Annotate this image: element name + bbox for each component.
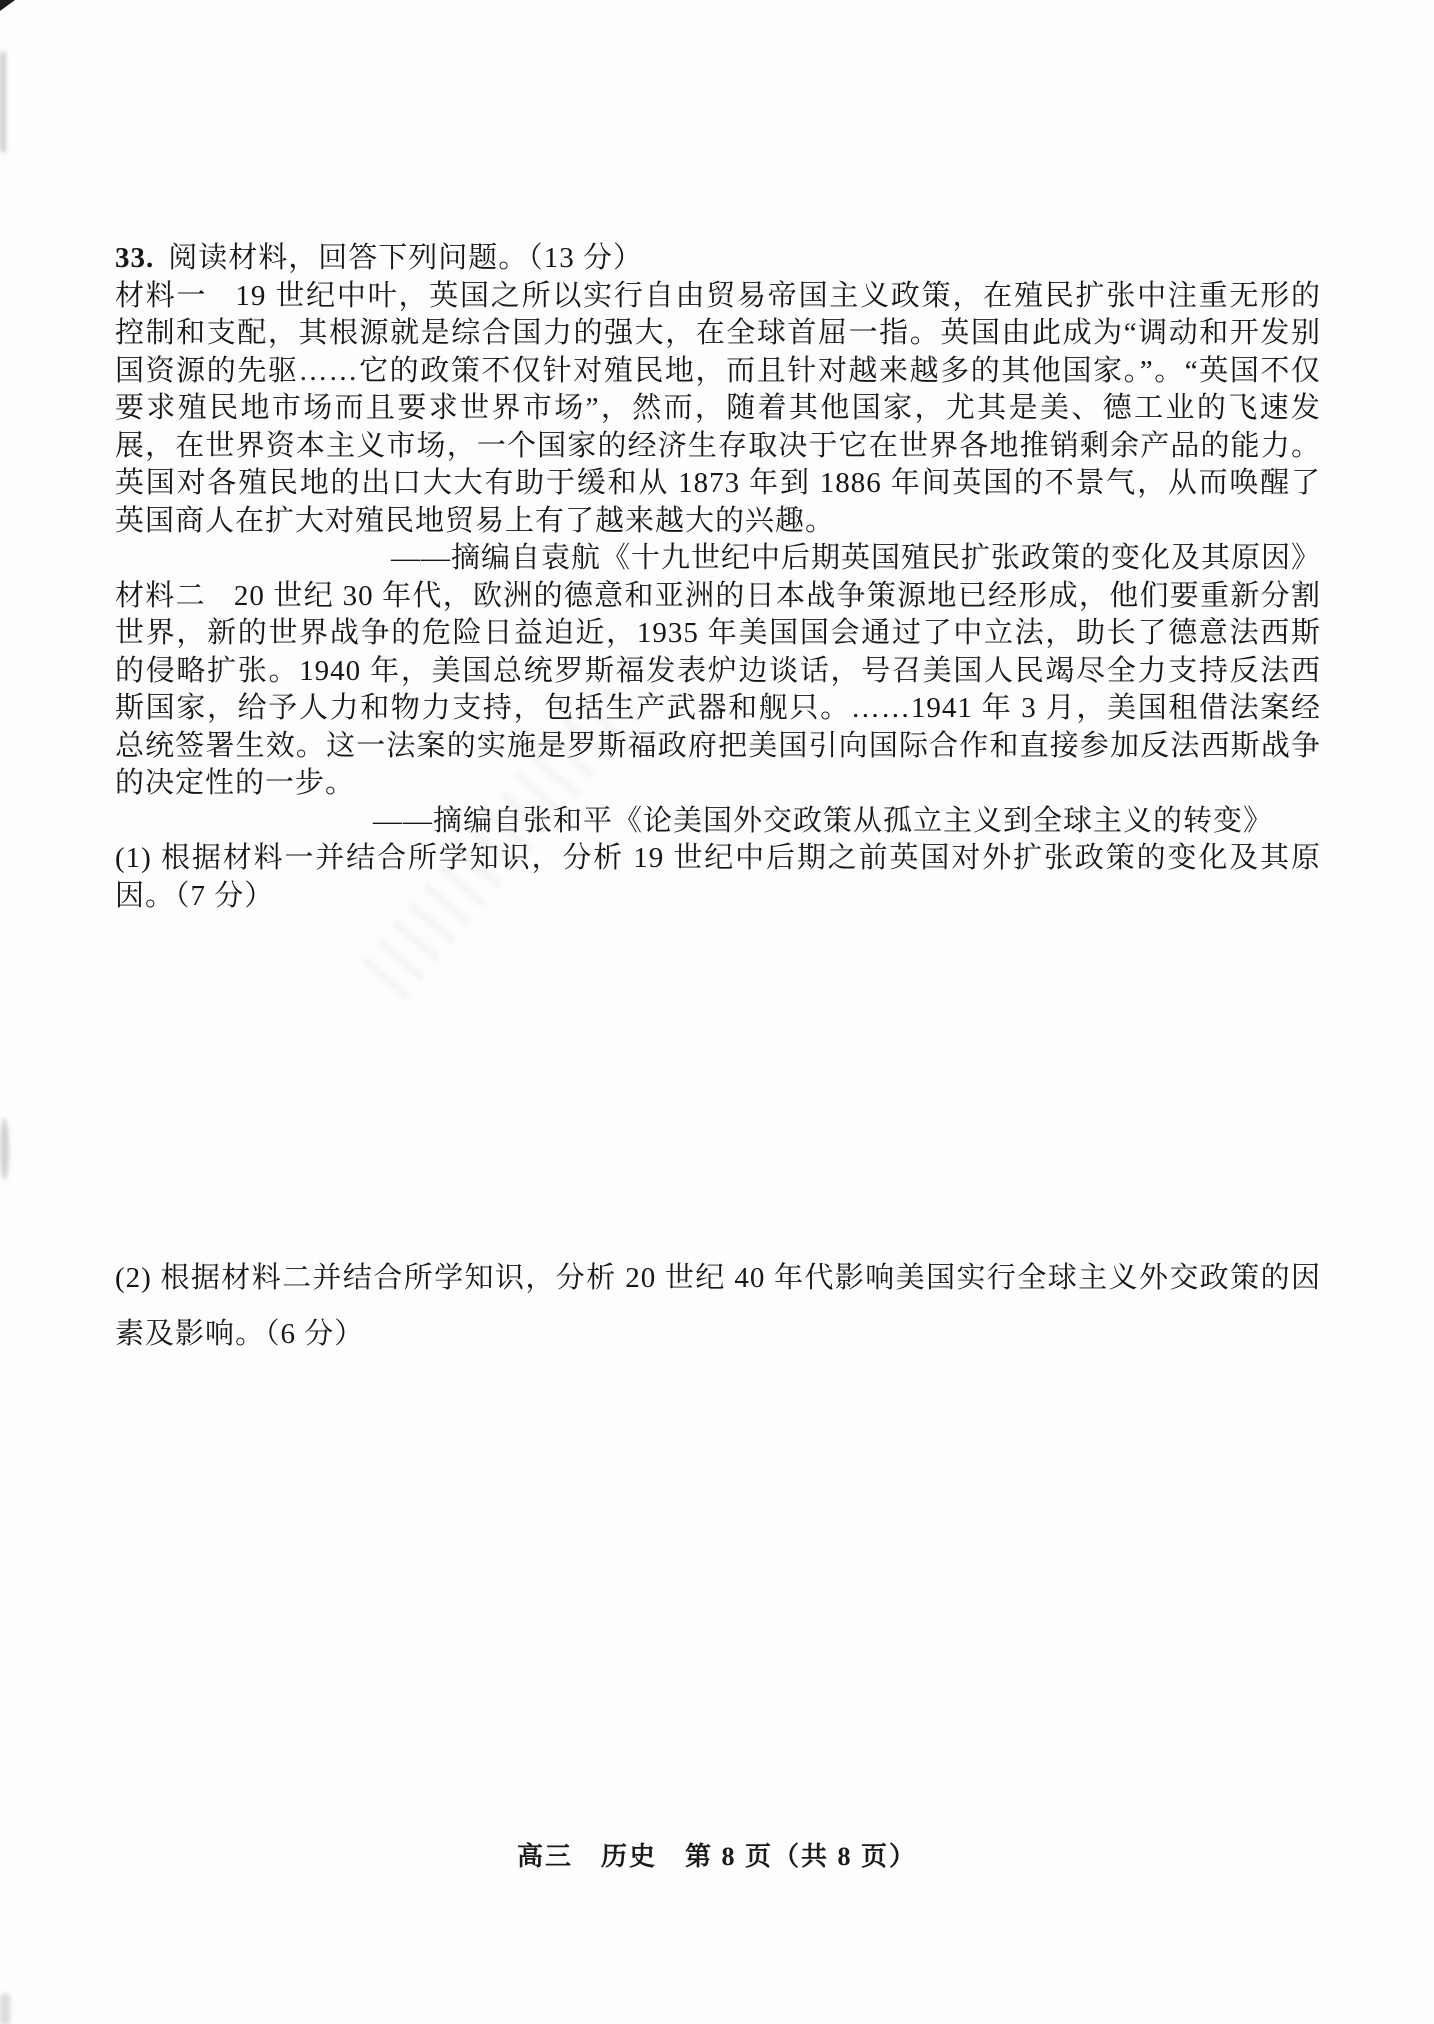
- page-footer: 高三 历史 第 8 页（共 8 页）: [0, 1836, 1434, 1873]
- material-two-paragraph: 材料二20 世纪 30 年代，欧洲的德意和亚洲的日本战争策源地已经形成，他们要重…: [115, 578, 1321, 803]
- sub-question-2: (2) 根据材料二并结合所学知识，分析 20 世纪 40 年代影响美国实行全球主…: [115, 1250, 1321, 1362]
- material-two-label: 材料二: [115, 580, 206, 612]
- question-intro-text: 阅读材料，回答下列问题。（13 分）: [168, 242, 643, 274]
- sub-question-1: (1) 根据材料一并结合所学知识，分析 19 世纪中后期之前英国对外扩张政策的变…: [115, 840, 1321, 915]
- scan-artifact-top-left: [0, 0, 15, 11]
- question-33-heading: 33.阅读材料，回答下列问题。（13 分）: [115, 240, 1321, 278]
- question-number: 33.: [115, 242, 154, 274]
- material-one-label: 材料一: [115, 280, 207, 312]
- scan-artifact-left-edge-middle: [0, 1118, 9, 1180]
- material-one-text: 19 世纪中叶，英国之所以实行自由贸易帝国主义政策，在殖民扩张中注重无形的控制和…: [115, 280, 1321, 537]
- material-one-paragraph: 材料一19 世纪中叶，英国之所以实行自由贸易帝国主义政策，在殖民扩张中注重无形的…: [115, 278, 1321, 541]
- scan-artifact-bottom-left: [0, 1994, 10, 2024]
- material-one-attribution: ——摘编自袁航《十九世纪中后期英国殖民扩张政策的变化及其原因》: [115, 540, 1321, 578]
- material-two-attribution: ——摘编自张和平《论美国外交政策从孤立主义到全球主义的转变》: [115, 803, 1321, 841]
- scan-artifact-left-edge-top: [0, 52, 6, 152]
- answer-space-1: [115, 915, 1321, 1250]
- exam-page: 33.阅读材料，回答下列问题。（13 分） 材料一19 世纪中叶，英国之所以实行…: [0, 0, 1434, 2024]
- question-33-block: 33.阅读材料，回答下列问题。（13 分） 材料一19 世纪中叶，英国之所以实行…: [115, 240, 1321, 1362]
- material-two-text: 20 世纪 30 年代，欧洲的德意和亚洲的日本战争策源地已经形成，他们要重新分割…: [115, 580, 1321, 800]
